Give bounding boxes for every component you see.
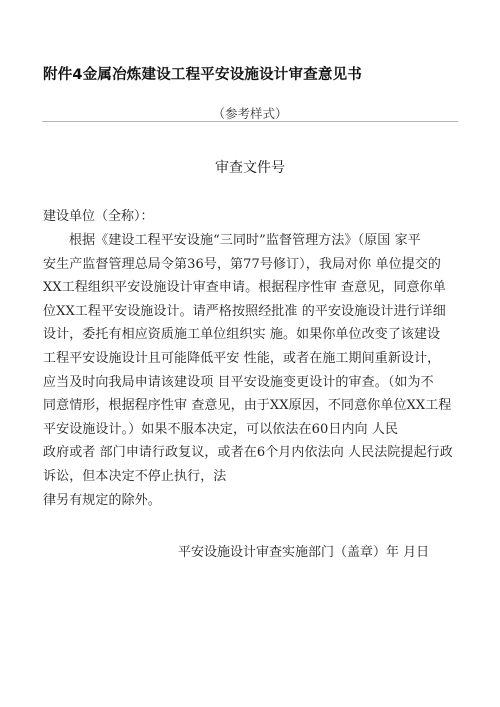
body-line: 平安设施设计。）如果不服本决定，可以依法在60日内向 人民 — [43, 418, 463, 442]
body-line: 工程平安设施设计且可能降低平安 性能，或者在施工期间重新设计， — [43, 347, 463, 371]
body-line: 根据《建设工程平安设施“三同时”监督管理方法》（原国 家平 — [43, 229, 463, 253]
body-paragraph: 根据《建设工程平安设施“三同时”监督管理方法》（原国 家平 安生产监督管理总局令… — [43, 229, 463, 512]
file-number-label: 审查文件号 — [0, 157, 500, 177]
document-title: 附件4金属冶炼建设工程平安设施设计审查意见书 — [43, 63, 362, 84]
header-divider — [42, 121, 458, 122]
body-line: 应当及时向我局申请该建设项 目平安设施变更设计的审查。（如为不 — [43, 371, 463, 395]
signature-line: 平安设施设计审查实施部门（盖章）年 月日 — [178, 541, 429, 560]
body-line: 安生产监督管理总局令第36号，第77号修订），我局对你 单位提交的 — [43, 253, 463, 277]
body-line: 律另有规定的除外。 — [43, 489, 463, 513]
body-line: 政府或者 部门申请行政复议，或者在6个月内依法向 人民法院提起行政 — [43, 441, 463, 465]
body-line: 位XX工程平安设施设计。请严格按照经批准 的平安设施设计进行详细 — [43, 300, 463, 324]
body-line: XX工程组织平安设施设计审查申请。根据程序性审 查意见，同意你单 — [43, 276, 463, 300]
body-line: 同意情形，根据程序性审 查意见，由于XX原因，不同意你单位XX工程 — [43, 394, 463, 418]
document-subtitle: （参考样式） — [0, 104, 500, 122]
addressee-line: 建设单位（全称）： — [43, 205, 154, 224]
body-line: 诉讼，但本决定不停止执行，法 — [43, 465, 463, 489]
body-line: 设计，委托有相应资质施工单位组织实 施。如果你单位改变了该建设 — [43, 323, 463, 347]
